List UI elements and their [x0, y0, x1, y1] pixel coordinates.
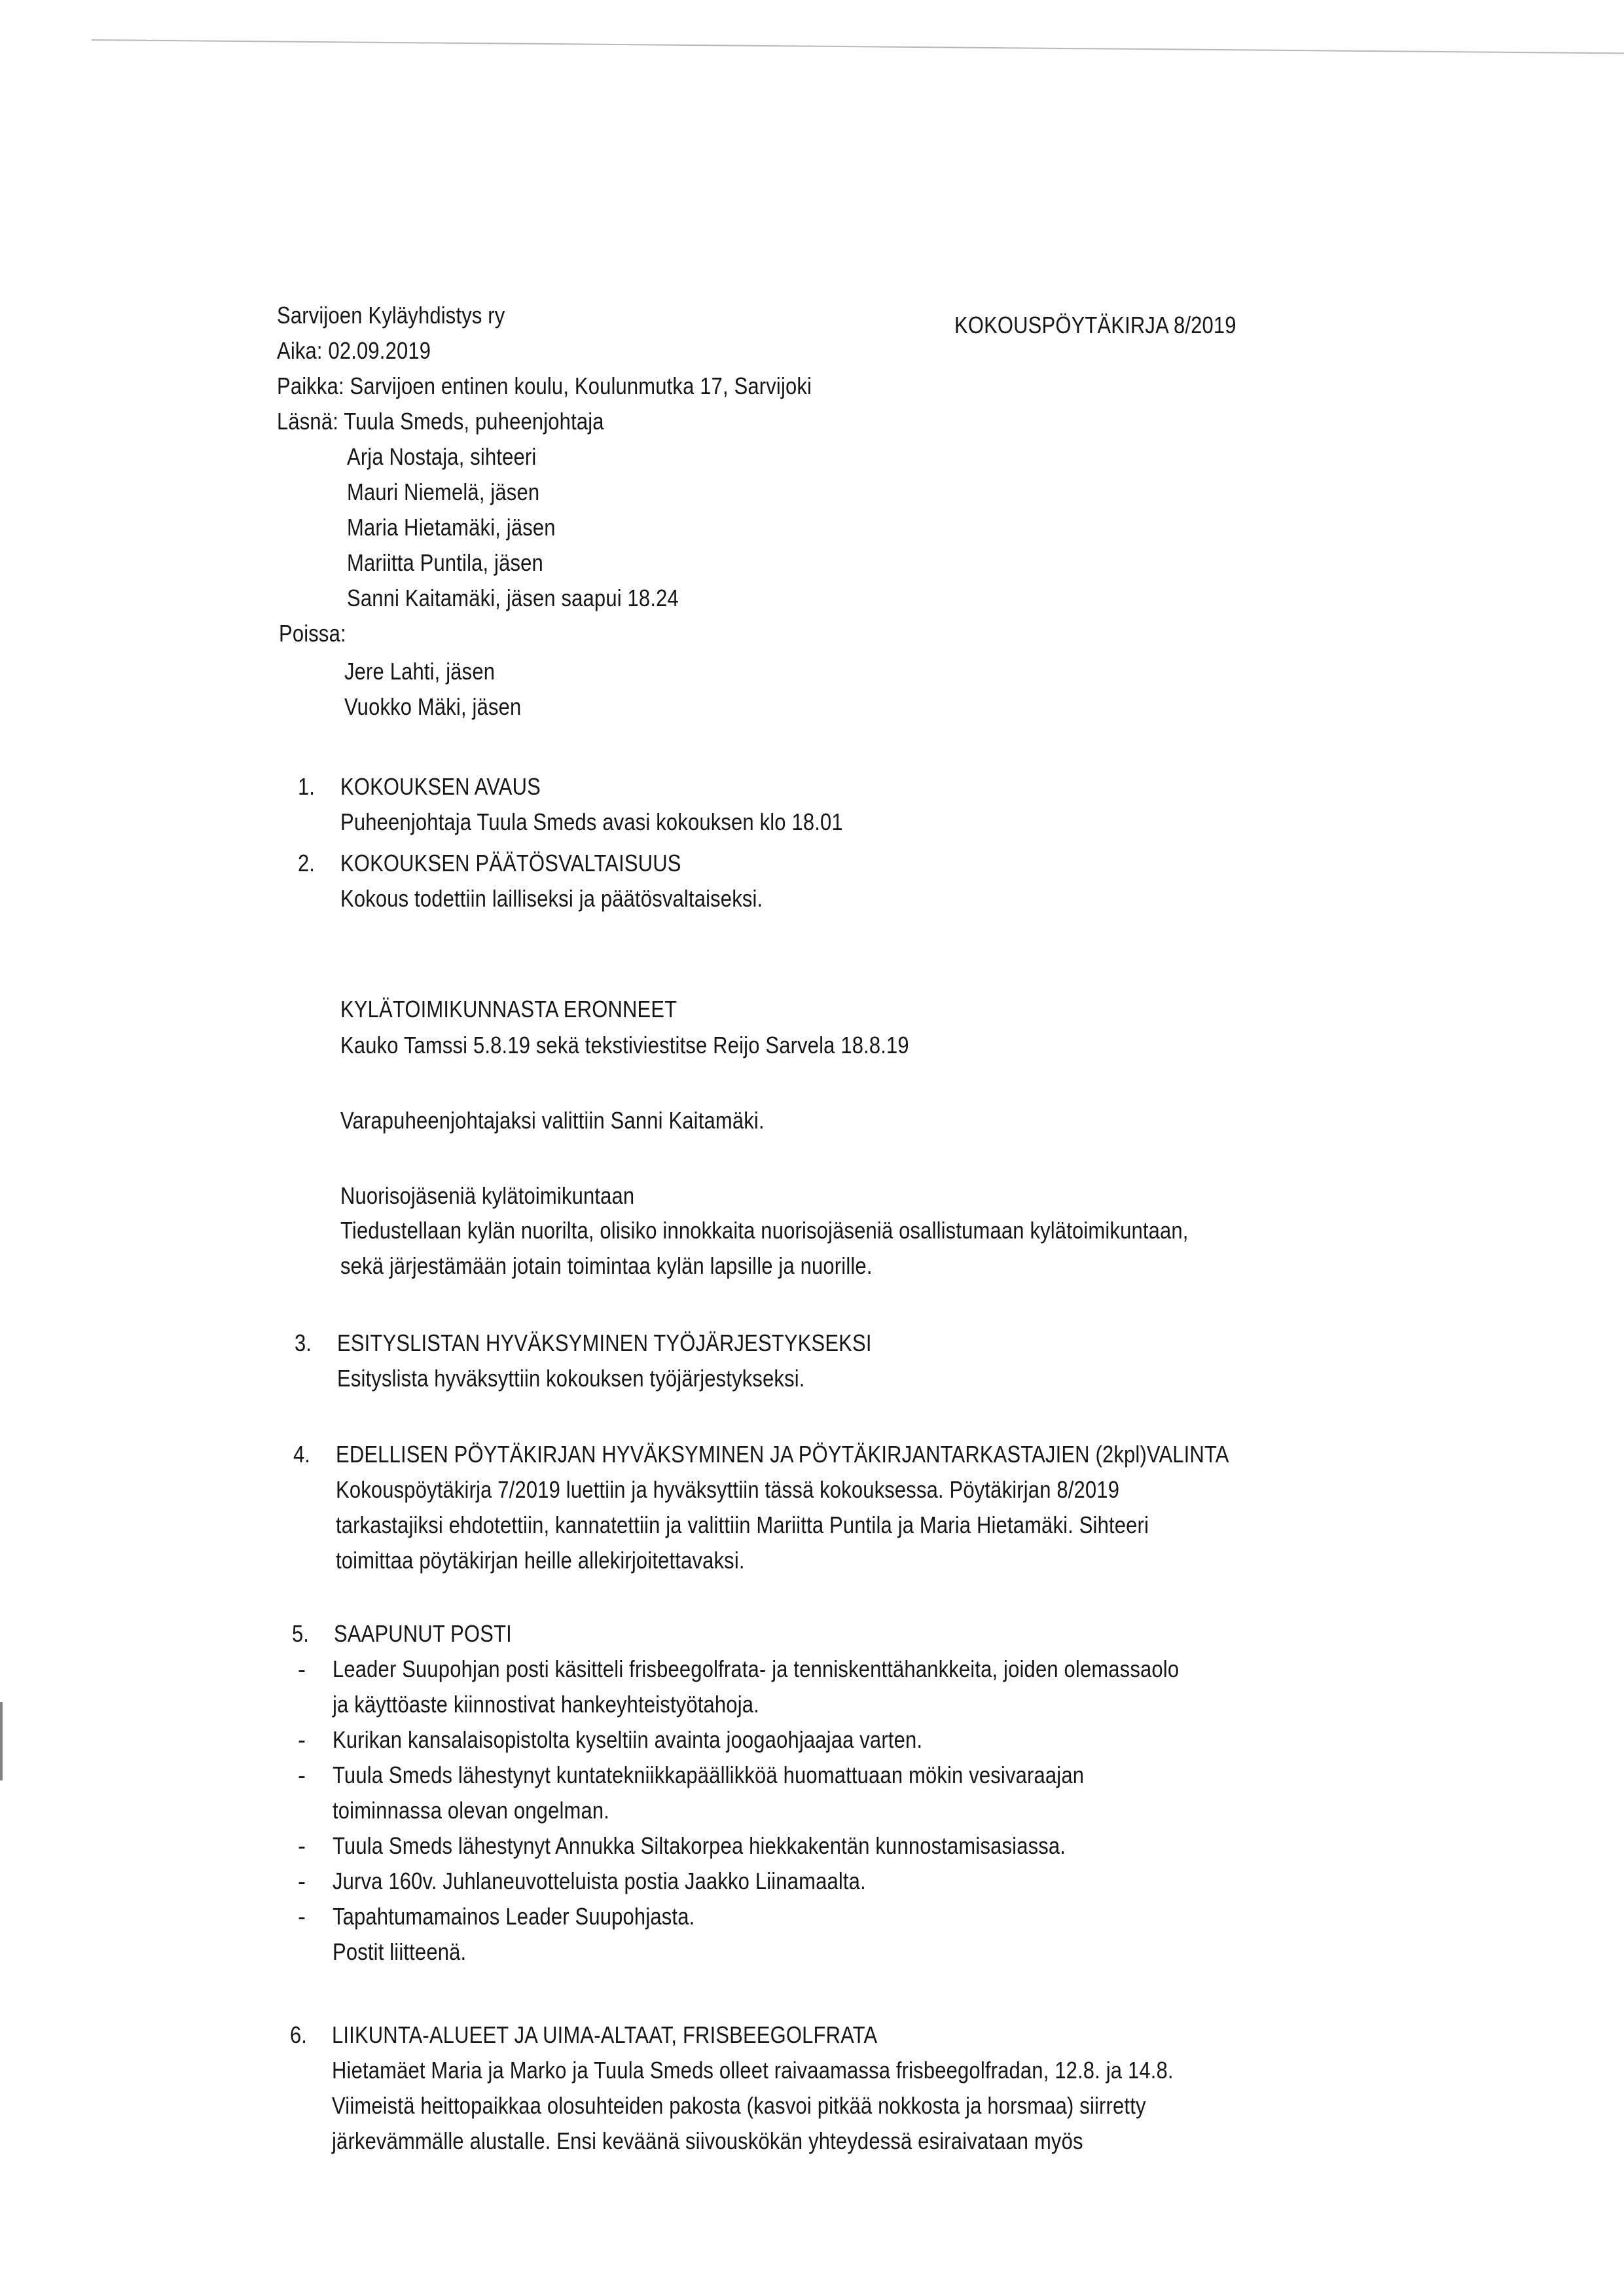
section-title: LIIKUNTA-ALUEET JA UIMA-ALTAAT, FRISBEEG… [332, 2021, 877, 2050]
present-member: Sanni Kaitamäki, jäsen saapui 18.24 [347, 584, 679, 613]
subsection-text: Kauko Tamssi 5.8.19 sekä tekstiviestitse… [340, 1031, 909, 1060]
section-number: 6. [290, 2021, 307, 2050]
bullet-text: Leader Suupohjan posti käsitteli frisbee… [333, 1655, 1179, 1684]
bullet-dash: - [298, 1867, 306, 1896]
section-number: 1. [298, 772, 315, 801]
section-text: tarkastajiksi ehdotettiin, kannatettiin … [336, 1511, 1149, 1540]
section-text: Viimeistä heittopaikkaa olosuhteiden pak… [332, 2091, 1146, 2120]
subsection-text: sekä järjestämään jotain toimintaa kylän… [340, 1252, 873, 1280]
bullet-text: Tapahtumamainos Leader Suupohjasta. [333, 1902, 695, 1931]
section-title: ESITYSLISTAN HYVÄKSYMINEN TYÖJÄRJESTYKSE… [337, 1329, 872, 1358]
organization-name: Sarvijoen Kyläyhdistys ry [277, 301, 505, 330]
section-text: Kokous todettiin lailliseksi ja päätösva… [340, 884, 763, 913]
section-title: KOKOUKSEN AVAUS [340, 772, 541, 801]
bullet-text: toiminnassa olevan ongelman. [333, 1796, 609, 1825]
bullet-text: Kurikan kansalaisopistolta kyseltiin ava… [333, 1726, 922, 1754]
bullet-dash: - [298, 1726, 306, 1754]
section-text: Esityslista hyväksyttiin kokouksen työjä… [337, 1364, 805, 1393]
section-text: toimittaa pöytäkirjan heille allekirjoit… [336, 1546, 745, 1575]
present-member: Maria Hietamäki, jäsen [347, 513, 556, 542]
section-text: järkevämmälle alustalle. Ensi keväänä si… [332, 2127, 1083, 2156]
section-title: KOKOUKSEN PÄÄTÖSVALTAISUUS [340, 849, 681, 878]
present-member: Arja Nostaja, sihteeri [347, 443, 536, 471]
subsection-text: Varapuheenjohtajaksi valittiin Sanni Kai… [340, 1106, 765, 1135]
scan-artifact-line [92, 39, 1624, 54]
bullet-text: Tuula Smeds lähestynyt kuntatekniikkapää… [333, 1761, 1084, 1790]
bullet-dash: - [298, 1655, 306, 1684]
subsection-title: Nuorisojäseniä kylätoimikuntaan [340, 1182, 634, 1210]
absent-member: Vuokko Mäki, jäsen [344, 693, 521, 721]
present-member: Mauri Niemelä, jäsen [347, 478, 539, 507]
section-footer: Postit liitteenä. [333, 1938, 466, 1966]
bullet-dash: - [298, 1761, 306, 1790]
section-number: 2. [298, 849, 315, 878]
bullet-dash: - [298, 1902, 306, 1931]
bullet-text: Jurva 160v. Juhlaneuvotteluista postia J… [333, 1867, 866, 1896]
present-label: Läsnä: Tuula Smeds, puheenjohtaja [277, 407, 604, 436]
present-member: Mariitta Puntila, jäsen [347, 549, 543, 577]
section-number: 4. [293, 1440, 310, 1469]
absent-member: Jere Lahti, jäsen [344, 657, 495, 686]
bullet-text: ja käyttöaste kiinnostivat hankeyhteisty… [333, 1690, 759, 1719]
meeting-place: Paikka: Sarvijoen entinen koulu, Koulunm… [277, 372, 812, 401]
section-number: 5. [292, 1619, 309, 1648]
section-text: Kokouspöytäkirja 7/2019 luettiin ja hyvä… [336, 1475, 1119, 1504]
document-title: KOKOUSPÖYTÄKIRJA 8/2019 [954, 311, 1236, 340]
subsection-title: KYLÄTOIMIKUNNASTA ERONNEET [340, 995, 677, 1024]
meeting-time: Aika: 02.09.2019 [277, 336, 431, 365]
document-page: Sarvijoen Kyläyhdistys ry KOKOUSPÖYTÄKIR… [0, 0, 1624, 2295]
section-text: Hietamäet Maria ja Marko ja Tuula Smeds … [332, 2056, 1174, 2085]
subsection-text: Tiedustellaan kylän nuorilta, olisiko in… [340, 1216, 1189, 1245]
section-text: Puheenjohtaja Tuula Smeds avasi kokoukse… [340, 808, 843, 837]
section-number: 3. [295, 1329, 312, 1358]
section-title: EDELLISEN PÖYTÄKIRJAN HYVÄKSYMINEN JA PÖ… [336, 1440, 1229, 1469]
bullet-text: Tuula Smeds lähestynyt Annukka Siltakorp… [333, 1832, 1066, 1860]
absent-label: Poissa: [279, 619, 346, 648]
section-title: SAAPUNUT POSTI [334, 1619, 512, 1648]
scan-edge-mark [0, 1702, 3, 1780]
bullet-dash: - [298, 1832, 306, 1860]
